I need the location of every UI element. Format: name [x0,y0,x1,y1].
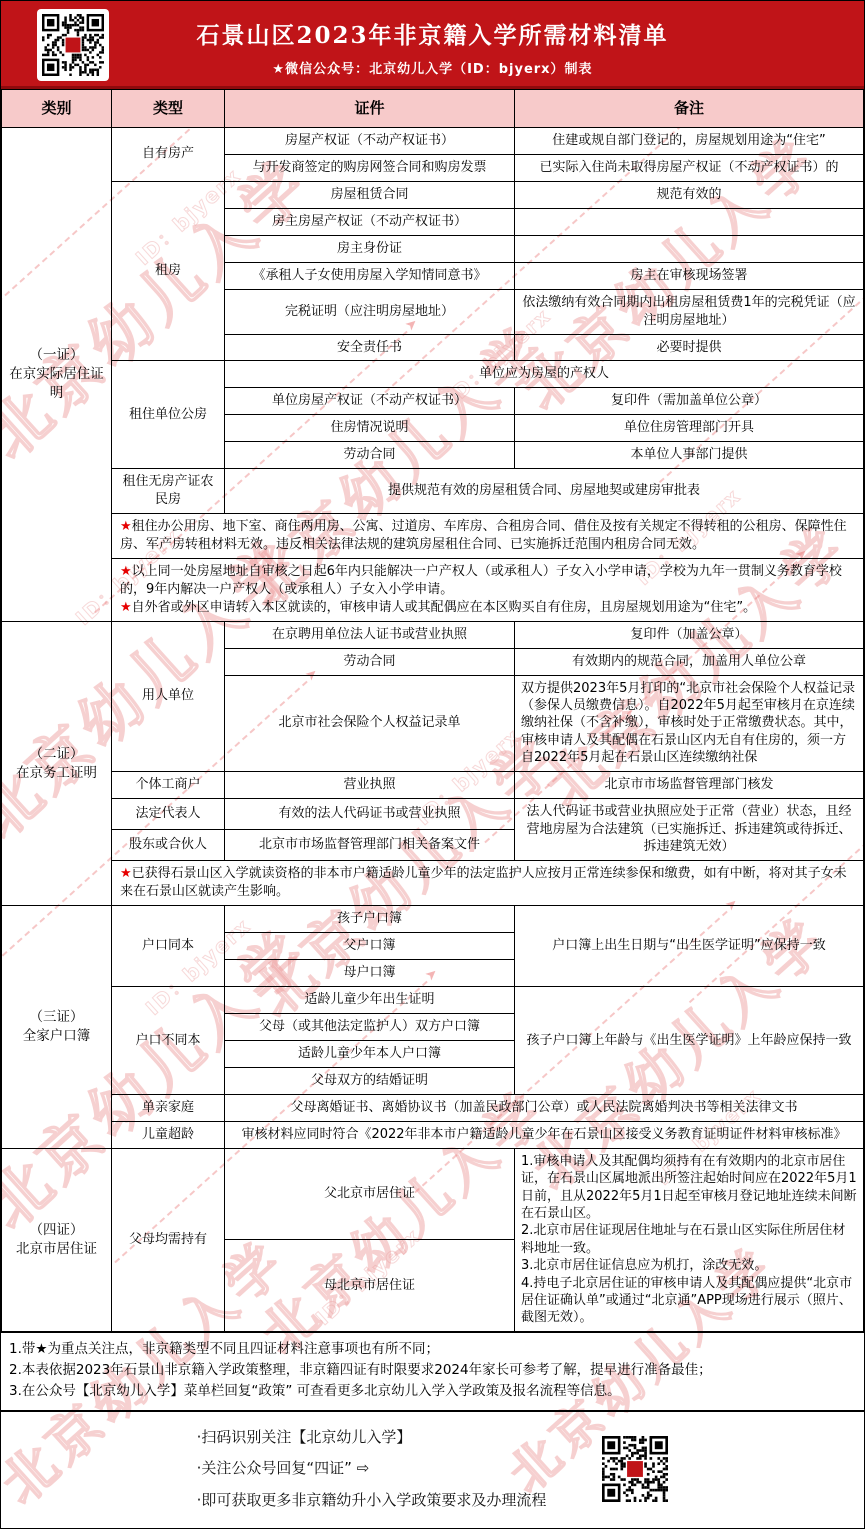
table-cell: 《承租人子女使用房屋入学知情同意书》 [225,262,515,289]
table-cell: 北京市社会保险个人权益记录单 [225,675,515,771]
table-row: 户口不同本适龄儿童少年出生证明孩子户口簿上年龄与《出生医学证明》上年龄应保持一致 [2,987,864,1014]
table-cell: 住房情况说明 [225,415,515,442]
table-cell: 双方提供2023年5月打印的“北京市社会保险个人权益记录（参保人员缴费信息）。自… [515,675,864,771]
table-cell: 在京聘用单位法人证书或营业执照 [225,621,515,648]
table-cell: 自有房产 [112,128,225,182]
star-icon: ★ [120,564,132,579]
star-icon: ★ [120,866,132,881]
table-cell: 租住无房产证农民房 [112,469,225,514]
table-cell: 母北京市居住证 [225,1240,515,1332]
table-cell: 有效期内的规范合同，加盖用人单位公章 [515,648,864,675]
table-cell: 父北京市居住证 [225,1148,515,1240]
table-cell: 单位房屋产权证（不动产权证书） [225,388,515,415]
table-row: 个体工商户营业执照北京市市场监督管理部门核发 [2,771,864,798]
bottom-line-3: ·即可获取更多非京籍幼升小入学政策要求及办理流程 [197,1485,547,1517]
bottom-line-2: ·关注公众号回复“四证” ⇨ [197,1453,547,1485]
table-cell: 租住单位公房 [112,361,225,469]
table-cell: 提供规范有效的房屋租赁合同、房屋地契或建房审批表 [225,469,864,514]
table-cell: 父户口簿 [225,933,515,960]
table-row: （二证）在京务工证明用人单位在京聘用单位法人证书或营业执照复印件（加盖公章） [2,621,864,648]
table-cell: 父母均需持有 [112,1148,225,1331]
table-cell [515,235,864,262]
star-icon: ★ [120,519,132,534]
table-cell: 孩子户口簿 [225,906,515,933]
table-cell: 房主房屋产权证（不动产权证书） [225,208,515,235]
table-row: 单亲家庭父母离婚证书、离婚协议书（加盖民政部门公章）或人民法院离婚判决书等相关法… [2,1094,864,1121]
table-cell: 户口不同本 [112,987,225,1095]
table-cell: 劳动合同 [225,442,515,469]
table-header-row: 类别 类型 证件 备注 [2,90,864,128]
table-body: （一证）在京实际居住证明自有房产房屋产权证（不动产权证书）住建或规自部门登记的，… [2,128,864,1332]
table-cell: 劳动合同 [225,648,515,675]
table-cell: ★租住办公用房、地下室、商住两用房、公寓、过道房、车库房、合租房合同、借住及按有… [112,514,864,559]
table-cell: 必要时提供 [515,334,864,361]
table-cell: 本单位人事部门提供 [515,442,864,469]
table-row: ★租住办公用房、地下室、商住两用房、公寓、过道房、车库房、合租房合同、借住及按有… [2,514,864,559]
category-cert3: （三证）全家户口簿 [2,906,112,1148]
table-cell: 股东或合伙人 [112,830,225,861]
table-cell: 适龄儿童少年本人户口簿 [225,1040,515,1067]
table-cell: 完税证明（应注明房屋地址） [225,289,515,334]
table-cell: 房主在审核现场签署 [515,262,864,289]
table-cell: 单位应为房屋的产权人 [225,361,864,388]
table-cell: 单亲家庭 [112,1094,225,1121]
bottom-box: ·扫码识别关注【北京幼儿入学】 ·关注公众号回复“四证” ⇨ ·即可获取更多非京… [1,1410,864,1529]
table-cell: 用人单位 [112,621,225,771]
table-row: （四证）北京市居住证父母均需持有父北京市居住证1.审核申请人及其配偶均须持有在有… [2,1148,864,1240]
qr-code-icon [42,14,104,76]
page: 北京幼儿入学北京幼儿入学北京幼儿入学北京幼儿入学北京幼儿入学北京幼儿入学北京幼儿… [0,0,865,1529]
bottom-text: ·扫码识别关注【北京幼儿入学】 ·关注公众号回复“四证” ⇨ ·即可获取更多非京… [197,1422,547,1517]
table-cell: 依法缴纳有效合同期内出租房屋租赁费1年的完税凭证（应注明房屋地址） [515,289,864,334]
table-cell: 租房 [112,181,225,361]
table-cell: 儿童超龄 [112,1121,225,1148]
footnote-3: 3.在公众号【北京幼儿入学】菜单栏回复“政策” 可查看更多北京幼儿入学入学政策及… [9,1381,856,1402]
table-cell: 审核材料应同时符合《2022年非本市户籍适龄儿童少年在石景山区接受义务教育证明证… [225,1121,864,1148]
table-cell: 北京市市场监督管理部门核发 [515,771,864,798]
table-cell: 北京市市场监督管理部门相关备案文件 [225,830,515,861]
qr-code-icon [602,1436,668,1502]
header-banner: 石景山区2023年非京籍入学所需材料清单 ★微信公众号：北京幼儿入学（ID：bj… [1,1,864,89]
materials-table: 类别 类型 证件 备注 （一证）在京实际居住证明自有房产房屋产权证（不动产权证书… [1,89,864,1332]
footnotes: 1.带★为重点关注点，非京籍类型不同且四证材料注意事项也有所不同； 2.本表依据… [1,1332,864,1410]
table-row: ★以上同一处房屋地址自审核之日起6年内只能解决一户产权人（或承租人）子女入小学申… [2,558,864,621]
table-cell: 房屋租赁合同 [225,181,515,208]
table-cell: 单位住房管理部门开具 [515,415,864,442]
table-row: （一证）在京实际居住证明自有房产房屋产权证（不动产权证书）住建或规自部门登记的，… [2,128,864,155]
table-cell: 孩子户口簿上年龄与《出生医学证明》上年龄应保持一致 [515,987,864,1095]
header-qr-code [37,9,109,81]
table-cell: 有效的法人代码证书或营业执照 [225,798,515,829]
footnote-1: 1.带★为重点关注点，非京籍类型不同且四证材料注意事项也有所不同； [9,1339,856,1360]
footnote-2: 2.本表依据2023年石景山非京籍入学政策整理，非京籍四证有时限要求2024年家… [9,1360,856,1381]
table-cell: 父母双方的结婚证明 [225,1067,515,1094]
table-row: 租住单位公房单位应为房屋的产权人 [2,361,864,388]
category-cert2: （二证）在京务工证明 [2,621,112,906]
table-cell: 法人代码证书或营业执照应处于正常（营业）状态，且经营地房屋为合法建筑（已实施拆迁… [515,798,864,861]
table-cell [515,208,864,235]
table-row: 租房房屋租赁合同规范有效的 [2,181,864,208]
column-header-document: 证件 [225,90,515,128]
table-cell: 房屋产权证（不动产权证书） [225,128,515,155]
bottom-line-1: ·扫码识别关注【北京幼儿入学】 [197,1422,547,1454]
materials-table-wrap: 类别 类型 证件 备注 （一证）在京实际居住证明自有房产房屋产权证（不动产权证书… [1,89,864,1332]
table-row: ★已获得石景山区入学就读资格的非本市户籍适龄儿童少年的法定监护人应按月正常连续参… [2,861,864,906]
table-cell: 户口簿上出生日期与“出生医学证明”应保持一致 [515,906,864,987]
table-cell: 营业执照 [225,771,515,798]
table-cell: ★以上同一处房屋地址自审核之日起6年内只能解决一户产权人（或承租人）子女入小学申… [112,558,864,621]
page-title: 石景山区2023年非京籍入学所需材料清单 [1,17,864,50]
table-cell: 母户口簿 [225,960,515,987]
column-header-category: 类别 [2,90,112,128]
table-cell: 安全责任书 [225,334,515,361]
table-cell: ★已获得石景山区入学就读资格的非本市户籍适龄儿童少年的法定监护人应按月正常连续参… [112,861,864,906]
category-cert1: （一证）在京实际居住证明 [2,128,112,622]
table-cell: 已实际入住尚未取得房屋产权证（不动产权证书）的 [515,154,864,181]
table-row: 租住无房产证农民房提供规范有效的房屋租赁合同、房屋地契或建房审批表 [2,469,864,514]
table-cell: 父母离婚证书、离婚协议书（加盖民政部门公章）或人民法院离婚判决书等相关法律文书 [225,1094,864,1121]
table-cell: 复印件（需加盖单位公章） [515,388,864,415]
table-row: （三证）全家户口簿户口同本孩子户口簿户口簿上出生日期与“出生医学证明”应保持一致 [2,906,864,933]
table-cell: 户口同本 [112,906,225,987]
table-cell: 父母（或其他法定监护人）双方户口簿 [225,1014,515,1041]
column-header-type: 类型 [112,90,225,128]
table-cell: 个体工商户 [112,771,225,798]
column-header-remark: 备注 [515,90,864,128]
page-subtitle: ★微信公众号：北京幼儿入学（ID：bjyerx）制表 [1,58,864,77]
table-cell: 适龄儿童少年出生证明 [225,987,515,1014]
table-cell: 规范有效的 [515,181,864,208]
category-cert4: （四证）北京市居住证 [2,1148,112,1331]
table-cell: 住建或规自部门登记的，房屋规划用途为“住宅” [515,128,864,155]
table-cell: 1.审核申请人及其配偶均须持有在有效期内的北京市居住证，在石景山区属地派出所签注… [515,1148,864,1331]
table-row: 儿童超龄审核材料应同时符合《2022年非本市户籍适龄儿童少年在石景山区接受义务教… [2,1121,864,1148]
table-cell: 法定代表人 [112,798,225,829]
table-cell: 与开发商签定的购房网签合同和购房发票 [225,154,515,181]
table-cell: 房主身份证 [225,235,515,262]
table-cell: 复印件（加盖公章） [515,621,864,648]
star-icon: ★ [120,600,132,615]
bottom-qr-code [602,1436,668,1502]
